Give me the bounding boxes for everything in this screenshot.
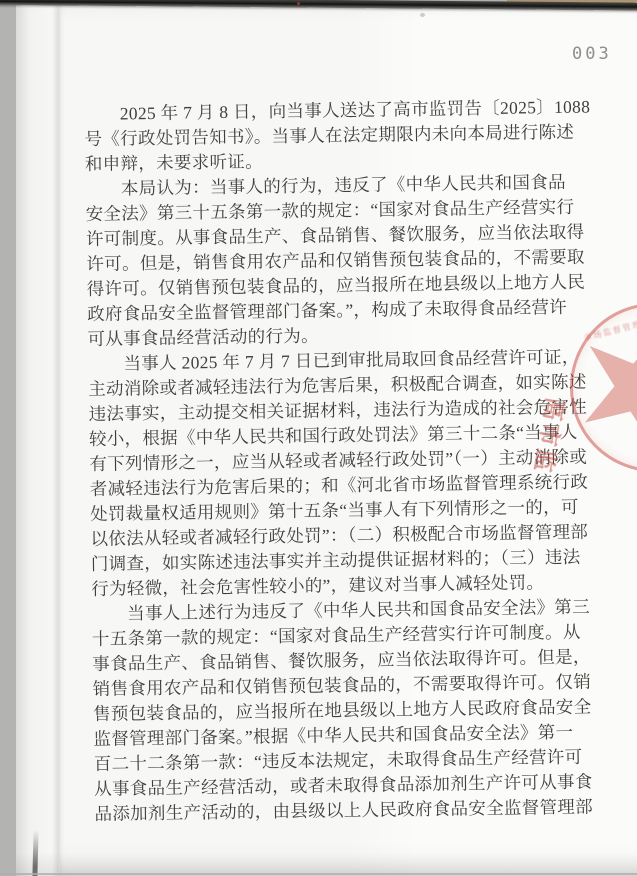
paragraph: 本局认为：当事人的行为，违反了《中华人民共和国食品安全法》第三十五条第一款的规定… <box>85 170 574 352</box>
paragraph: 当事人 2025 年 7 月 7 日已到审批局取回食品经营许可证，主动消除或者减… <box>88 345 578 602</box>
official-seal: 市场监督管理局 高市监 <box>570 303 637 473</box>
bottom-edge-line <box>0 873 637 875</box>
scanned-document-page: 003 2025 年 7 月 8 日，向当事人送达了高市监罚告〔2025〕108… <box>0 0 637 876</box>
document-body: 2025 年 7 月 8 日，向当事人送达了高市监罚告〔2025〕1088号《行… <box>84 95 581 827</box>
scan-speck-red <box>297 2 300 5</box>
paragraph: 2025 年 7 月 8 日，向当事人送达了高市监罚告〔2025〕1088号《行… <box>84 95 571 177</box>
scan-speck-gray <box>420 13 425 17</box>
paragraph: 当事人上述行为违反了《中华人民共和国食品安全法》第三十五条第一款的规定：“国家对… <box>91 595 580 827</box>
page-fold-shadow <box>52 0 66 876</box>
page-number: 003 <box>572 44 612 64</box>
